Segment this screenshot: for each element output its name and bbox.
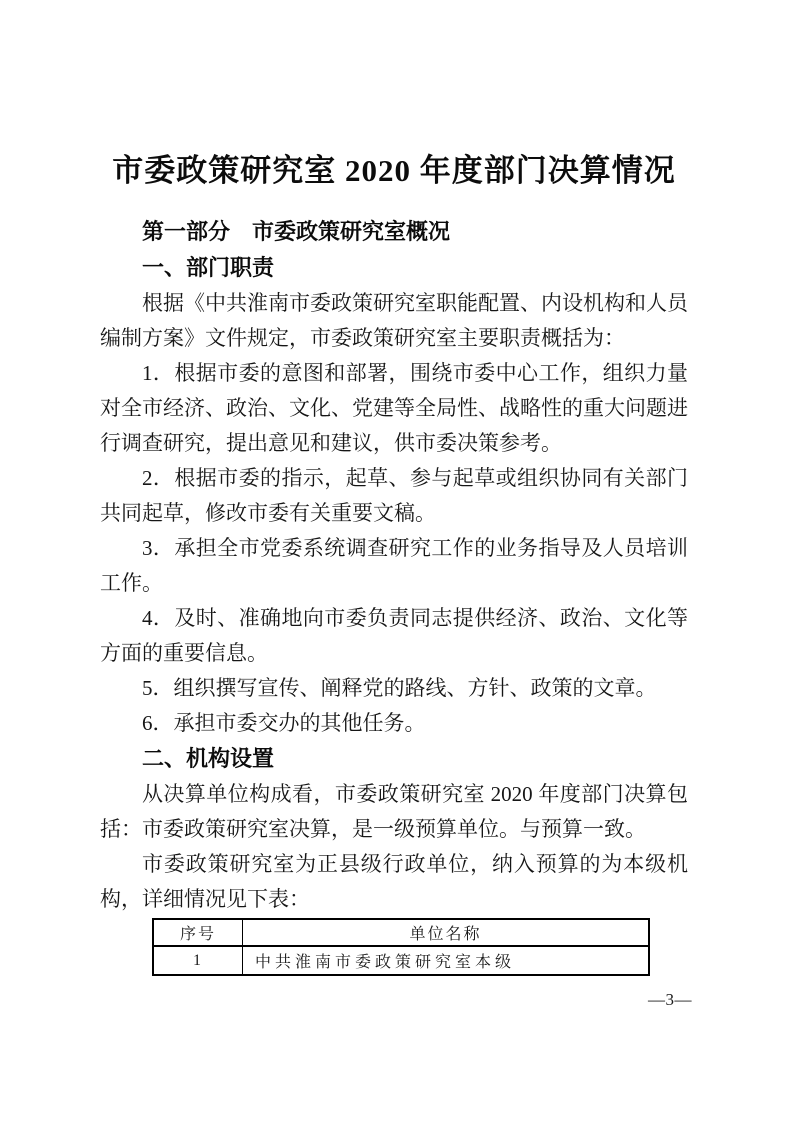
- section1-heading: 一、部门职责: [100, 250, 688, 286]
- header-cell-unit-name: 单位名称: [243, 919, 650, 946]
- header-cell-index: 序号: [153, 919, 243, 946]
- duty-item-1: 1．根据市委的意图和部署，围绕市委中心工作，组织力量对全市经济、政治、文化、党建…: [100, 356, 688, 461]
- duty-item-6: 6．承担市委交办的其他任务。: [100, 706, 688, 741]
- document-page: 市委政策研究室 2020 年度部门决算情况 第一部分 市委政策研究室概况 一、部…: [0, 0, 793, 1122]
- budget-unit-table: 序号 单位名称 1 中共淮南市委政策研究室本级: [152, 918, 650, 976]
- cell-index: 1: [153, 946, 243, 975]
- part1-heading: 第一部分 市委政策研究室概况: [100, 214, 688, 250]
- cell-unit-name: 中共淮南市委政策研究室本级: [243, 946, 650, 975]
- section1-intro-paragraph: 根据《中共淮南市委政策研究室职能配置、内设机构和人员编制方案》文件规定，市委政策…: [100, 286, 688, 356]
- duty-item-4: 4．及时、准确地向市委负责同志提供经济、政治、文化等方面的重要信息。: [100, 601, 688, 671]
- document-title: 市委政策研究室 2020 年度部门决算情况: [100, 150, 688, 192]
- duty-item-3: 3．承担全市党委系统调查研究工作的业务指导及人员培训工作。: [100, 531, 688, 601]
- page-number: —3—: [648, 990, 692, 1010]
- duty-item-5: 5．组织撰写宣传、阐释党的路线、方针、政策的文章。: [100, 671, 688, 706]
- table-header-row: 序号 单位名称: [153, 919, 649, 946]
- section2-paragraph-2: 市委政策研究室为正县级行政单位，纳入预算的为本级机构，详细情况见下表：: [100, 847, 688, 917]
- duty-item-2: 2．根据市委的指示，起草、参与起草或组织协同有关部门共同起草，修改市委有关重要文…: [100, 461, 688, 531]
- section2-paragraph-1: 从决算单位构成看，市委政策研究室 2020 年度部门决算包括：市委政策研究室决算…: [100, 777, 688, 847]
- section2-heading: 二、机构设置: [100, 741, 688, 777]
- table-row: 1 中共淮南市委政策研究室本级: [153, 946, 649, 975]
